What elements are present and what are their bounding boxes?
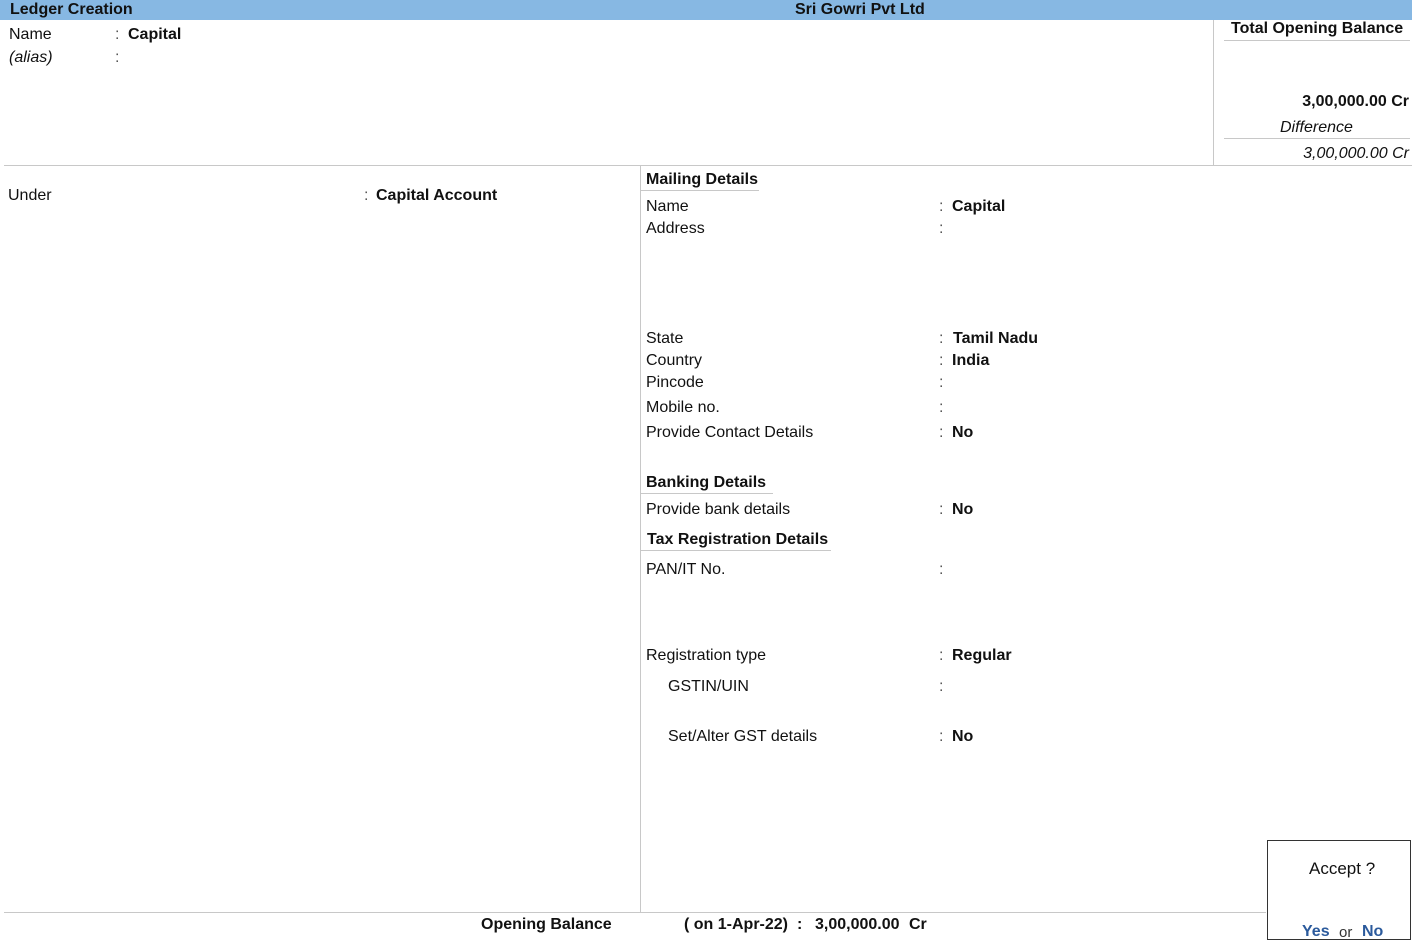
title-bar: Ledger Creation Sri Gowri Pvt Ltd (0, 0, 1412, 20)
colon: : (939, 198, 943, 216)
colon: : (939, 352, 943, 370)
bank-details-field[interactable]: No (952, 501, 973, 519)
header-divider (4, 165, 1412, 166)
opening-balance-field[interactable]: 3,00,000.00 (815, 916, 900, 934)
state-field[interactable]: Tamil Nadu (953, 330, 1038, 348)
colon: : (939, 220, 943, 238)
address-label: Address (646, 220, 705, 238)
banking-details-heading: Banking Details (646, 474, 766, 492)
pincode-field[interactable] (952, 374, 1152, 392)
total-opening-balance-title: Total Opening Balance (1231, 20, 1403, 38)
accept-or-text: or (1339, 924, 1352, 940)
bank-details-label: Provide bank details (646, 501, 790, 519)
opening-balance-colon: : (797, 916, 802, 934)
tax-underline (641, 550, 831, 551)
colon: : (939, 678, 943, 696)
tax-registration-heading: Tax Registration Details (647, 531, 828, 549)
screen-title: Ledger Creation (10, 0, 133, 19)
country-field[interactable]: India (952, 352, 989, 370)
gstin-field[interactable] (952, 678, 1202, 696)
alias-field[interactable] (128, 49, 428, 67)
mailing-underline (641, 190, 759, 191)
colon: : (939, 561, 943, 579)
state-label: State (646, 330, 683, 348)
name-field[interactable]: Capital (128, 26, 181, 44)
gst-details-label: Set/Alter GST details (668, 728, 817, 746)
alias-colon: : (115, 49, 119, 67)
opening-balance-drcr[interactable]: Cr (909, 916, 927, 934)
gst-details-field[interactable]: No (952, 728, 973, 746)
footer-divider (4, 912, 1266, 913)
accept-no-button[interactable]: No (1362, 923, 1383, 940)
opening-balance-date: ( on 1-Apr-22) (684, 916, 788, 934)
under-colon: : (364, 187, 368, 205)
pincode-label: Pincode (646, 374, 704, 392)
column-divider (640, 165, 641, 912)
pan-label: PAN/IT No. (646, 561, 725, 579)
contact-details-label: Provide Contact Details (646, 424, 813, 442)
accept-yes-button[interactable]: Yes (1302, 923, 1330, 940)
colon: : (939, 374, 943, 392)
colon: : (939, 728, 943, 746)
country-label: Country (646, 352, 702, 370)
balance-title-underline (1224, 40, 1410, 41)
balance-panel-divider (1213, 20, 1214, 165)
mailing-details-heading: Mailing Details (646, 171, 758, 189)
mobile-field[interactable] (952, 399, 1152, 417)
mobile-label: Mobile no. (646, 399, 720, 417)
registration-type-field[interactable]: Regular (952, 647, 1012, 665)
difference-underline (1224, 138, 1410, 139)
address-field[interactable] (952, 220, 1252, 238)
difference-value: 3,00,000.00 Cr (1303, 145, 1409, 163)
pan-field[interactable] (952, 561, 1202, 579)
accept-dialog: Accept ? Yes or No (1267, 840, 1411, 940)
under-label: Under (8, 187, 52, 205)
colon: : (939, 647, 943, 665)
under-field[interactable]: Capital Account (376, 187, 497, 205)
name-label: Name (9, 26, 52, 44)
total-opening-balance-value: 3,00,000.00 Cr (1302, 93, 1409, 111)
colon: : (939, 501, 943, 519)
banking-underline (641, 493, 773, 494)
alias-label: (alias) (9, 49, 53, 67)
colon: : (939, 424, 943, 442)
registration-type-label: Registration type (646, 647, 766, 665)
difference-label: Difference (1280, 119, 1353, 137)
contact-details-field[interactable]: No (952, 424, 973, 442)
colon: : (939, 330, 943, 348)
accept-question: Accept ? (1309, 859, 1375, 879)
gstin-label: GSTIN/UIN (668, 678, 749, 696)
name-colon: : (115, 26, 119, 44)
mailing-name-field[interactable]: Capital (952, 198, 1005, 216)
company-name: Sri Gowri Pvt Ltd (795, 0, 925, 19)
mailing-name-label: Name (646, 198, 689, 216)
colon: : (939, 399, 943, 417)
opening-balance-label: Opening Balance (481, 916, 612, 934)
